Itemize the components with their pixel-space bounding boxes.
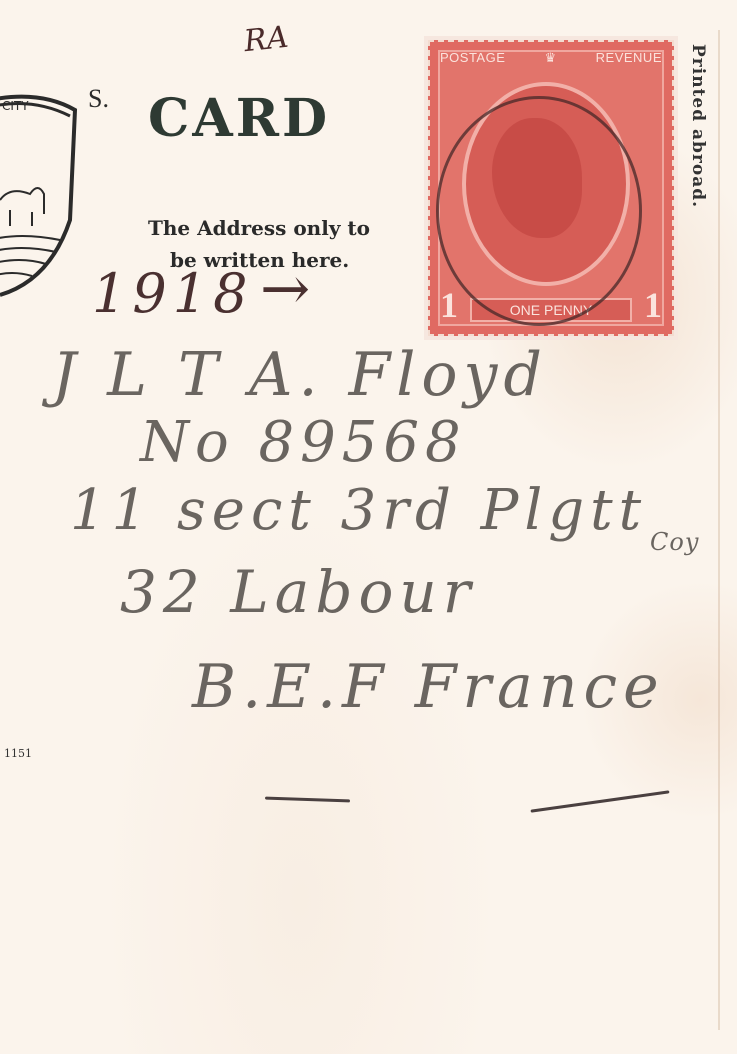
card-title: CARD [148,88,330,149]
address-company-note: Coy [650,528,699,556]
card-edge-line [718,30,720,1030]
stamp-header: POSTAGE ♛ REVENUE [440,50,662,66]
printed-abroad-note: Printed abroad. [688,44,708,208]
address-section-platoon: 11 sect 3rd Plgtt [70,478,647,543]
edge-print-marks: 1151 [4,748,14,759]
header-fragment: S. [88,84,109,114]
city-crest-icon: CITY [0,80,80,300]
arrow-icon: → [260,254,316,324]
postcard-back: CITY S. CARD The Address only to be writ… [0,0,737,1054]
underline-stroke-2 [530,790,669,812]
address-service-number: No 89568 [140,410,467,475]
instruction-line-1: The Address only to [148,216,370,240]
pencil-top-mark: RA [242,20,290,59]
svg-text:CITY: CITY [2,99,29,113]
stamp-revenue-label: REVENUE [596,50,662,66]
stamp-value-left: 1 [440,284,458,326]
underline-stroke-1 [265,797,350,803]
handwritten-year: 1918 [92,262,253,325]
address-unit: 32 Labour [120,558,476,626]
crown-icon: ♛ [544,50,556,66]
address-country: B.E.F France [192,652,665,722]
stamp-value-right: 1 [644,284,662,326]
address-name: J L T A. Floyd [52,340,548,410]
stamp-postage-label: POSTAGE [440,50,505,66]
postmark-cancel-circle [436,96,642,326]
